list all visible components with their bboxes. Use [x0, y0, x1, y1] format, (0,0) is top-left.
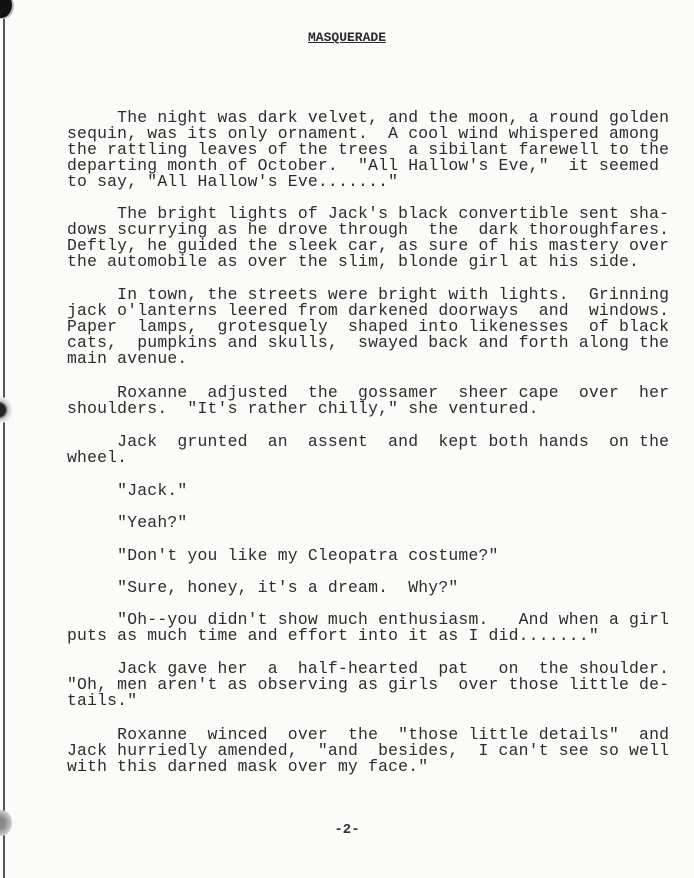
document-title: MASQUERADE [0, 30, 694, 45]
binder-hole-icon [0, 397, 12, 423]
text-line: with this darned mask over my face." [67, 759, 428, 775]
text-line: tails." [67, 693, 137, 709]
page-number: -2- [0, 822, 694, 838]
text-line: Jack grunted an assent and kept both han… [67, 434, 669, 450]
text-line: "Yeah?" [67, 515, 187, 531]
text-line: puts as much time and effort into it as … [67, 628, 599, 644]
text-line: the automobile as over the slim, blonde … [67, 254, 639, 270]
text-line: "Sure, honey, it's a dream. Why?" [67, 580, 458, 596]
text-line: "Jack." [67, 483, 187, 499]
text-line: "Don't you like my Cleopatra costume?" [67, 548, 499, 564]
text-line: to say, "All Hallow's Eve......." [67, 174, 398, 190]
text-line: wheel. [67, 450, 127, 466]
page-edge-line [3, 0, 5, 878]
text-line: main avenue. [67, 351, 187, 367]
typewritten-page: MASQUERADE The night was dark velvet, an… [0, 0, 694, 878]
binder-hole-icon [0, 0, 12, 18]
text-line: "Oh, men aren't as observing as girls ov… [67, 677, 669, 693]
text-line: shoulders. "It's rather chilly," she ven… [67, 401, 539, 417]
